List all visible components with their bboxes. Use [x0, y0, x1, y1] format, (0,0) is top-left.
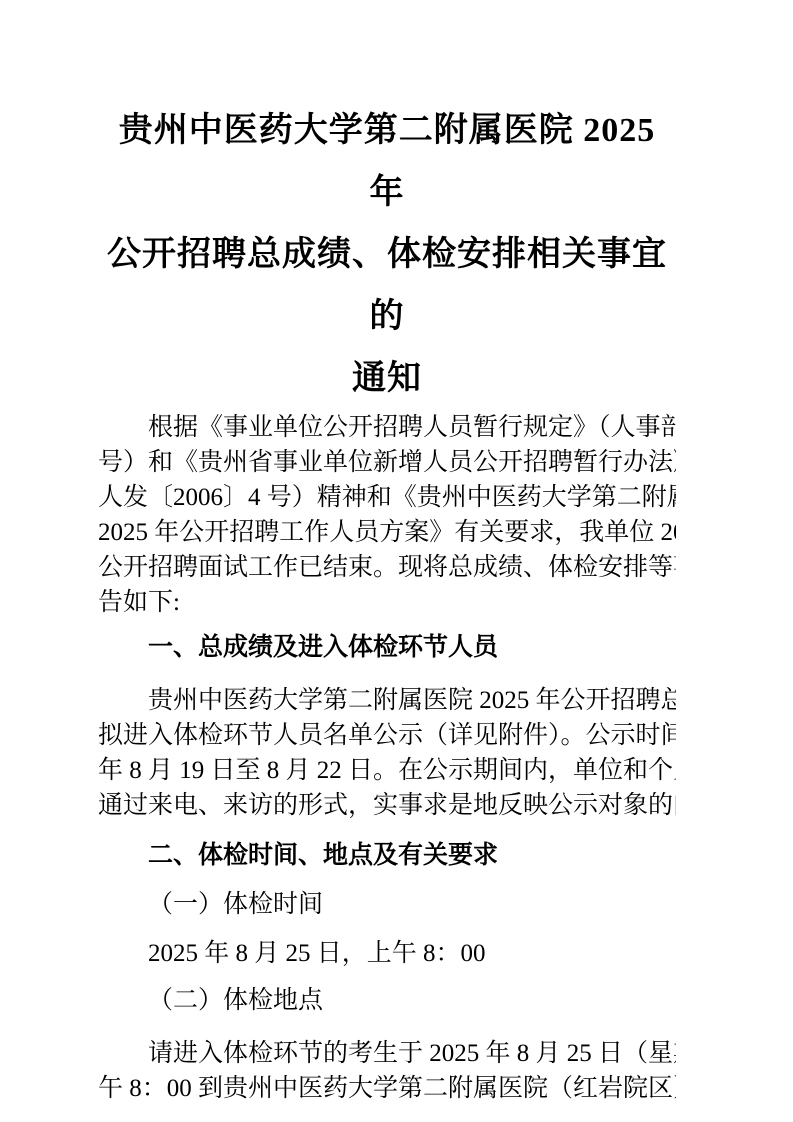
document-title: 贵州中医药大学第二附属医院 2025 年 公开招聘总成绩、体检安排相关事宜的 通…: [98, 100, 676, 410]
intro-line: 公开招聘面试工作已结束。现将总成绩、体检安排等事宜公: [98, 550, 676, 585]
section2-line: 请进入体检环节的考生于 2025 年 8 月 25 日（星期一）上: [98, 1036, 676, 1071]
section2-paragraph: 请进入体检环节的考生于 2025 年 8 月 25 日（星期一）上 午 8：00…: [98, 1036, 676, 1106]
section2-sub2-heading: （二）体检地点: [98, 983, 676, 1018]
document-title-line-2: 公开招聘总成绩、体检安排相关事宜的: [98, 224, 676, 348]
intro-line: 人发〔2006〕4 号）精神和《贵州中医药大学第二附属医院: [98, 480, 676, 515]
section2-line: 午 8：00 到贵州中医药大学第二附属医院（红岩院区）门诊: [98, 1071, 676, 1106]
section1-line: 贵州中医药大学第二附属医院 2025 年公开招聘总成绩及: [98, 683, 676, 718]
document-title-line-1: 贵州中医药大学第二附属医院 2025 年: [98, 100, 676, 224]
section1-line: 通过来电、来访的形式，实事求是地反映公示对象的问题。: [98, 788, 676, 823]
intro-line: 2025 年公开招聘工作人员方案》有关要求，我单位 2025 年: [98, 515, 676, 550]
section1-line: 拟进入体检环节人员名单公示（详见附件）。公示时间 2025: [98, 718, 676, 753]
document-page: 贵州中医药大学第二附属医院 2025 年 公开招聘总成绩、体检安排相关事宜的 通…: [0, 0, 793, 1122]
section1-paragraph: 贵州中医药大学第二附属医院 2025 年公开招聘总成绩及 拟进入体检环节人员名单…: [98, 683, 676, 823]
section2-heading: 二、体检时间、地点及有关要求: [98, 838, 676, 873]
document-title-line-3: 通知: [98, 348, 676, 410]
section1-line: 年 8 月 19 日至 8 月 22 日。在公示期间内，单位和个人均可: [98, 753, 676, 788]
intro-line: 号）和《贵州省事业单位新增人员公开招聘暂行办法》（黔: [98, 445, 676, 480]
intro-paragraph: 根据《事业单位公开招聘人员暂行规定》（人事部令第 6 号）和《贵州省事业单位新增…: [98, 410, 676, 620]
section2-sub1-heading: （一）体检时间: [98, 887, 676, 922]
section1-heading: 一、总成绩及进入体检环节人员: [98, 630, 676, 665]
exam-time-line: 2025 年 8 月 25 日，上午 8：00: [98, 936, 676, 971]
intro-line: 告如下:: [98, 585, 676, 620]
intro-line: 根据《事业单位公开招聘人员暂行规定》（人事部令第 6: [98, 410, 676, 445]
